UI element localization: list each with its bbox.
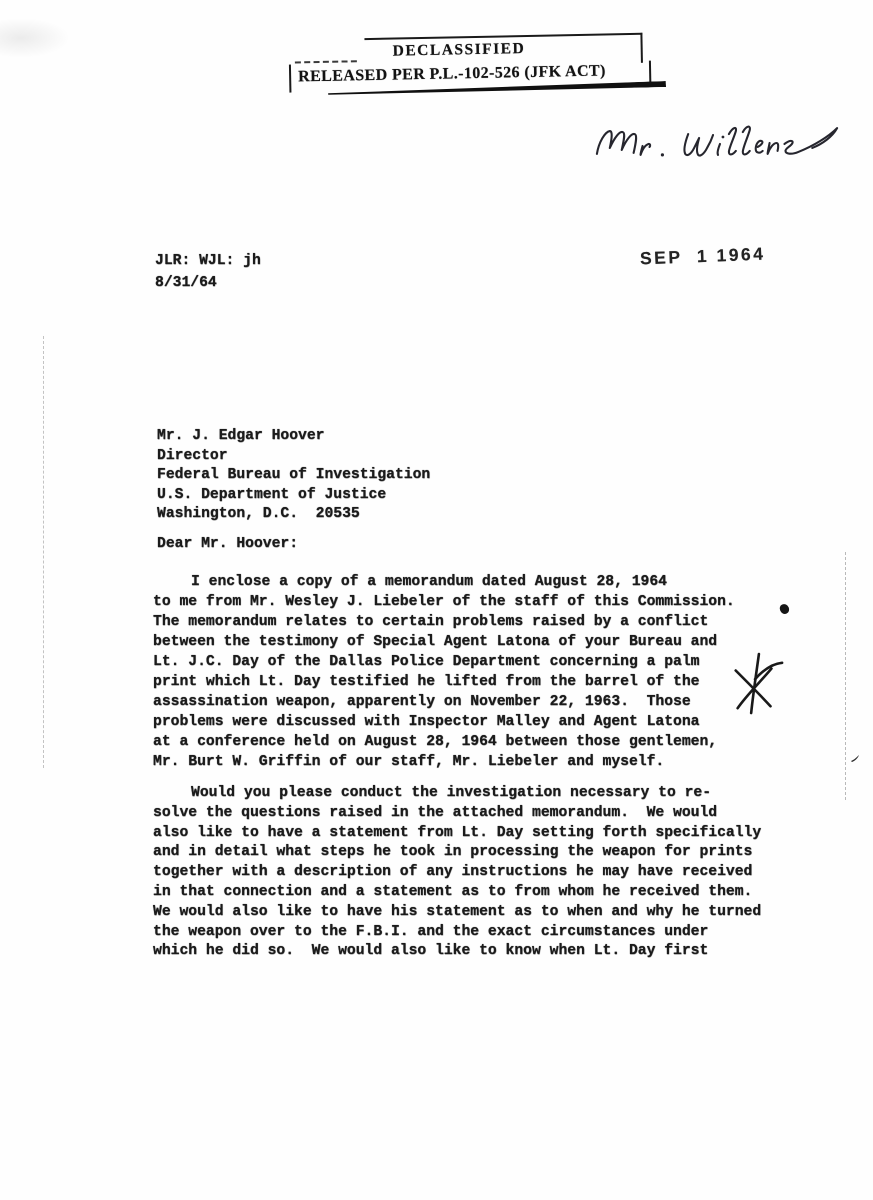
text-line: Mr. Burt W. Griffin of our staff, Mr. Li… [153, 752, 735, 772]
text-line: also like to have a statement from Lt. D… [153, 824, 761, 844]
typist-initials: JLR: WJL: jh [155, 250, 261, 272]
text-line: which he did so. We would also like to k… [153, 942, 761, 962]
reference-block: JLR: WJL: jh 8/31/64 [155, 250, 261, 294]
text-line: to me from Mr. Wesley J. Liebeler of the… [153, 592, 735, 612]
text-line: Would you please conduct the investigati… [153, 784, 761, 804]
salutation: Dear Mr. Hoover: [157, 536, 298, 552]
text-line: I enclose a copy of a memorandum dated A… [153, 572, 735, 592]
scanned-letter-page: DECLASSIFIED RELEASED PER P.L.-102-526 (… [0, 0, 873, 1200]
text-line: Lt. J.C. Day of the Dallas Police Depart… [153, 652, 735, 672]
text-line: solve the questions raised in the attach… [153, 804, 761, 824]
text-line: together with a description of any instr… [153, 863, 761, 883]
received-date-stamp: SEP 1 1964 [640, 244, 766, 270]
hand-drawn-asterisk-icon [727, 651, 785, 719]
ink-blot-icon [778, 603, 790, 616]
scan-smudge [0, 18, 70, 58]
margin-star-annotation [727, 651, 785, 724]
text-line: the weapon over to the F.B.I. and the ex… [153, 923, 761, 943]
text-line: in that connection and a statement as to… [153, 883, 761, 903]
declassified-stamp: DECLASSIFIED RELEASED PER P.L.-102-526 (… [284, 30, 665, 103]
recipient-address: Mr. J. Edgar HooverDirectorFederal Burea… [157, 427, 430, 525]
text-line: print which Lt. Day testified he lifted … [153, 672, 735, 692]
reference-date: 8/31/64 [155, 272, 261, 294]
body-paragraph-2: Would you please conduct the investigati… [153, 784, 761, 962]
text-line: Washington, D.C. 20535 [157, 505, 430, 525]
text-line: Director [157, 447, 430, 467]
text-line: We would also like to have his statement… [153, 903, 761, 923]
handwriting-mr-willens-icon: Mr. Willens [583, 110, 851, 172]
text-line: The memorandum relates to certain proble… [153, 612, 735, 632]
body-paragraph-1: I enclose a copy of a memorandum dated A… [153, 572, 735, 772]
scan-artifact-left-dashes [43, 336, 44, 768]
handwritten-note: Mr. Willens [583, 110, 851, 177]
text-line: and in detail what steps he took in proc… [153, 843, 761, 863]
text-line: Mr. J. Edgar Hoover [157, 427, 430, 447]
stamp-declassified-text: DECLASSIFIED [393, 40, 526, 61]
scan-artifact-right-dashes [845, 552, 846, 800]
text-line: at a conference held on August 28, 1964 … [153, 732, 735, 752]
text-line: assassination weapon, apparently on Nove… [153, 692, 735, 712]
text-line: U.S. Department of Justice [157, 486, 430, 506]
text-line: problems were discussed with Inspector M… [153, 712, 735, 732]
ink-speck-icon [849, 752, 861, 770]
text-line: between the testimony of Special Agent L… [153, 632, 735, 652]
text-line: Federal Bureau of Investigation [157, 466, 430, 486]
